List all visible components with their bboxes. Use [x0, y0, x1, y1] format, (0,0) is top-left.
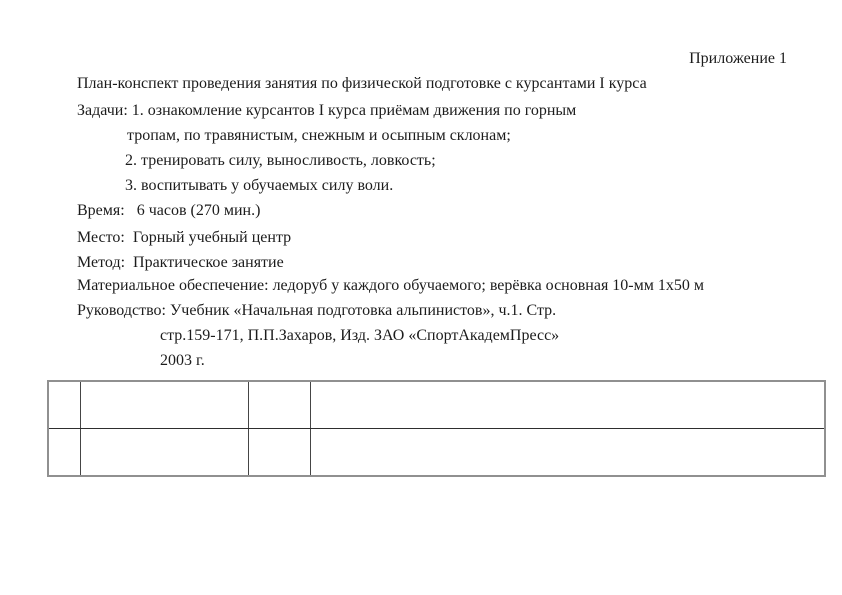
header-cell-time: Время (мин.) [249, 382, 311, 428]
header-cell-notes: Организационно-методические указания [311, 382, 824, 428]
method-line: Метод: Практическое занятие [77, 253, 284, 272]
document-page: Приложение 1 План-конспект проведения за… [0, 0, 842, 595]
header-cell-content: СОДЕРЖАНИЕ [81, 382, 249, 428]
tasks-line-3: 2. тренировать силу, выносливость, ловко… [125, 151, 436, 170]
guidance-line-1: Руководство: Учебник «Начальная подготов… [77, 301, 556, 320]
header-cell-num: № п/п [49, 382, 81, 428]
row-cell-notes [311, 429, 824, 475]
table-header-row: № п/п СОДЕРЖАНИЕ Время (мин.) Организаци… [49, 382, 824, 429]
guidance-line-2: стр.159-171, П.П.Захаров, Изд. ЗАО «Спор… [160, 326, 559, 345]
lesson-plan-table: № п/п СОДЕРЖАНИЕ Время (мин.) Организаци… [47, 380, 826, 477]
tasks-line-2: тропам, по травянистым, снежным и осыпны… [127, 126, 511, 145]
time-line: Время: 6 часов (270 мин.) [77, 201, 260, 220]
tasks-line-1: Задачи: 1. ознакомление курсантов I курс… [77, 101, 576, 120]
guidance-line-3: 2003 г. [160, 351, 205, 370]
row-cell-num: I. [49, 429, 81, 475]
table-row: I. Подготовительная часть: 10 [49, 429, 824, 475]
tasks-line-4: 3. воспитывать у обучаемых силу воли. [125, 176, 393, 195]
row-cell-content: Подготовительная часть: [81, 429, 249, 475]
appendix-label: Приложение 1 [0, 49, 787, 68]
place-line: Место: Горный учебный центр [77, 228, 291, 247]
row-cell-time: 10 [249, 429, 311, 475]
materials-line: Материальное обеспечение: ледоруб у кажд… [77, 276, 704, 295]
doc-title: План-конспект проведения занятия по физи… [77, 74, 647, 93]
